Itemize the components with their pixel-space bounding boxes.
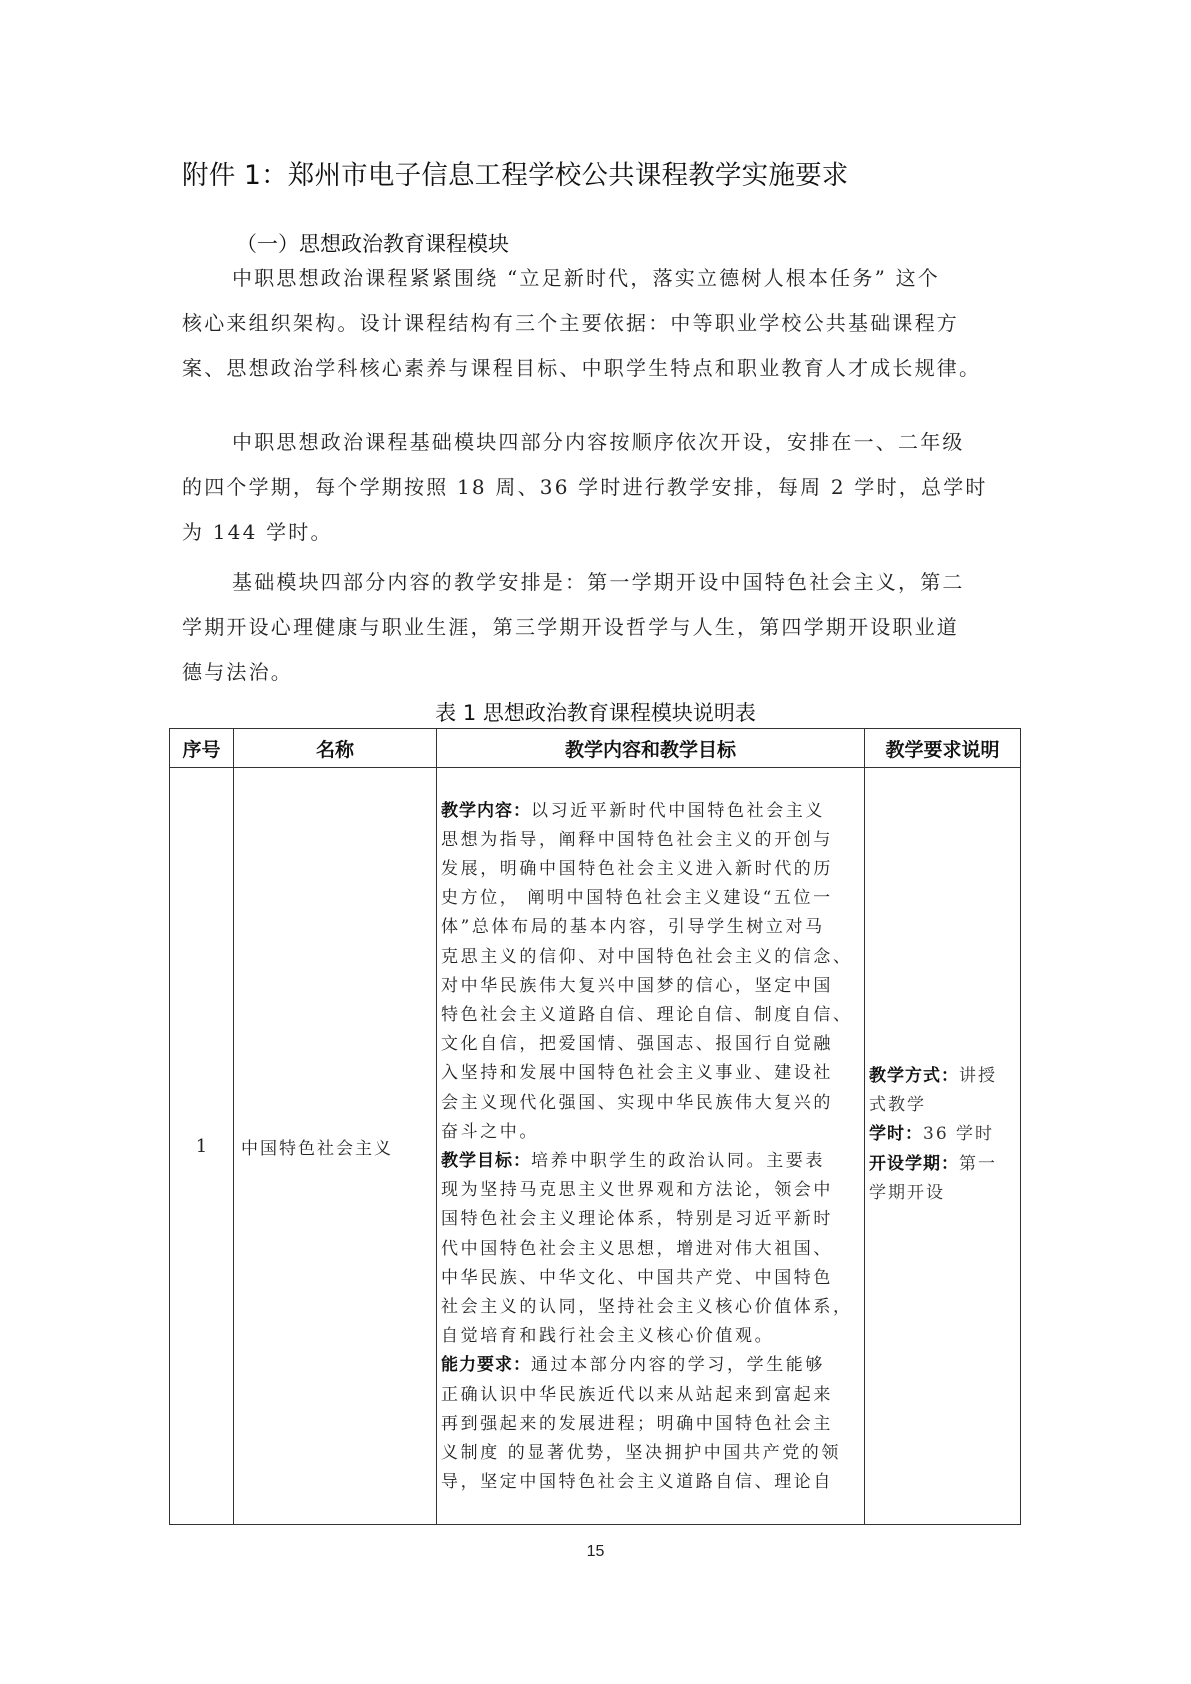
paragraph-line: 的四个学期，每个学期按照 18 周、36 学时进行教学安排，每周 2 学时，总学… bbox=[182, 465, 1020, 510]
content-and-goals-cell: 教学内容：以习近平新时代中国特色社会主义 思想为指导，阐释中国特色社会主义的开创… bbox=[437, 768, 865, 1525]
header-requirements: 教学要求说明 bbox=[865, 729, 1021, 768]
term-value: 第一 bbox=[959, 1154, 997, 1174]
content-line: 特色社会主义道路自信、理论自信、制度自信、 bbox=[441, 1001, 860, 1030]
content-line: 对中华民族伟大复兴中国梦的信心，坚定中国 bbox=[441, 972, 860, 1001]
table-header-row: 序号 名称 教学内容和教学目标 教学要求说明 bbox=[170, 729, 1021, 768]
page-number: 15 bbox=[0, 1543, 1191, 1561]
content-line: 史方位， 阐明中国特色社会主义建设“五位一 bbox=[441, 884, 860, 913]
ability-line: 义制度 的显著优势，坚决拥护中国共产党的领 bbox=[441, 1439, 860, 1468]
row-number: 1 bbox=[170, 768, 234, 1525]
goal-line: 自觉培育和践行社会主义核心价值观。 bbox=[441, 1322, 860, 1351]
goal-line: 中华民族、中华文化、中国共产党、中国特色 bbox=[441, 1264, 860, 1293]
paragraph-1: 中职思想政治课程紧紧围绕 “立足新时代，落实立德树人根本任务” 这个 核心来组织… bbox=[182, 256, 1020, 391]
paragraph-line: 德与法治。 bbox=[182, 650, 1020, 695]
hours-label: 学时： bbox=[869, 1124, 923, 1144]
table-caption: 表 1 思想政治教育课程模块说明表 bbox=[0, 697, 1191, 727]
paragraph-line: 案、思想政治学科核心素养与课程目标、中职学生特点和职业教育人才成长规律。 bbox=[182, 346, 1020, 391]
content-line: 发展，明确中国特色社会主义进入新时代的历 bbox=[441, 855, 860, 884]
goal-line: 代中国特色社会主义思想，增进对伟大祖国、 bbox=[441, 1235, 860, 1264]
method-value-cont: 式教学 bbox=[869, 1091, 1016, 1120]
content-line: 以习近平新时代中国特色社会主义 bbox=[531, 801, 825, 821]
teaching-content-label: 教学内容： bbox=[441, 801, 531, 821]
content-line: 克思主义的信仰、对中国特色社会主义的信念、 bbox=[441, 943, 860, 972]
paragraph-line: 为 144 学时。 bbox=[182, 510, 1020, 555]
header-no: 序号 bbox=[170, 729, 234, 768]
paragraph-line: 基础模块四部分内容的教学安排是：第一学期开设中国特色社会主义，第二 bbox=[182, 560, 1020, 605]
paragraph-2: 中职思想政治课程基础模块四部分内容按顺序依次开设，安排在一、二年级 的四个学期，… bbox=[182, 420, 1020, 555]
term-label: 开设学期： bbox=[869, 1154, 959, 1174]
ability-line: 再到强起来的发展进程；明确中国特色社会主 bbox=[441, 1410, 860, 1439]
content-line: 体”总体布局的基本内容，引导学生树立对马 bbox=[441, 913, 860, 942]
goal-line: 社会主义的认同，坚持社会主义核心价值体系， bbox=[441, 1293, 860, 1322]
content-line: 会主义现代化强国、实现中华民族伟大复兴的 bbox=[441, 1089, 860, 1118]
ability-line: 导，坚定中国特色社会主义道路自信、理论自 bbox=[441, 1468, 860, 1497]
hours-value: 36 学时 bbox=[923, 1124, 994, 1144]
paragraph-line: 学期开设心理健康与职业生涯，第三学期开设哲学与人生，第四学期开设职业道 bbox=[182, 605, 1020, 650]
course-module-table: 序号 名称 教学内容和教学目标 教学要求说明 1 中国特色社会主义 教学内容：以… bbox=[169, 728, 1021, 1525]
document-title: 附件 1：郑州市电子信息工程学校公共课程教学实施要求 bbox=[182, 153, 848, 192]
document-page: 附件 1：郑州市电子信息工程学校公共课程教学实施要求 （一）思想政治教育课程模块… bbox=[0, 0, 1191, 1684]
term-value-cont: 学期开设 bbox=[869, 1179, 1016, 1208]
header-name: 名称 bbox=[234, 729, 437, 768]
module-name: 中国特色社会主义 bbox=[234, 768, 437, 1525]
paragraph-line: 中职思想政治课程基础模块四部分内容按顺序依次开设，安排在一、二年级 bbox=[182, 420, 1020, 465]
ability-line: 通过本部分内容的学习，学生能够 bbox=[531, 1355, 825, 1375]
table-row: 1 中国特色社会主义 教学内容：以习近平新时代中国特色社会主义 思想为指导，阐释… bbox=[170, 768, 1021, 1525]
content-line: 入坚持和发展中国特色社会主义事业、建设社 bbox=[441, 1059, 860, 1088]
section-title: （一）思想政治教育课程模块 bbox=[236, 228, 509, 258]
content-line: 文化自信，把爱国情、强国志、报国行自觉融 bbox=[441, 1030, 860, 1059]
paragraph-3: 基础模块四部分内容的教学安排是：第一学期开设中国特色社会主义，第二 学期开设心理… bbox=[182, 560, 1020, 695]
header-content: 教学内容和教学目标 bbox=[437, 729, 865, 768]
paragraph-line: 核心来组织架构。设计课程结构有三个主要依据：中等职业学校公共基础课程方 bbox=[182, 301, 1020, 346]
goal-line: 国特色社会主义理论体系，特别是习近平新时 bbox=[441, 1205, 860, 1234]
paragraph-line: 中职思想政治课程紧紧围绕 “立足新时代，落实立德树人根本任务” 这个 bbox=[182, 256, 1020, 301]
goal-line: 培养中职学生的政治认同。主要表 bbox=[531, 1151, 825, 1171]
content-line: 思想为指导，阐释中国特色社会主义的开创与 bbox=[441, 826, 860, 855]
ability-label: 能力要求： bbox=[441, 1355, 531, 1375]
ability-line: 正确认识中华民族近代以来从站起来到富起来 bbox=[441, 1381, 860, 1410]
goal-line: 现为坚持马克思主义世界观和方法论，领会中 bbox=[441, 1176, 860, 1205]
content-line: 奋斗之中。 bbox=[441, 1118, 860, 1147]
teaching-goal-label: 教学目标： bbox=[441, 1151, 531, 1171]
method-value: 讲授 bbox=[959, 1066, 997, 1086]
requirements-cell: 教学方式：讲授 式教学 学时：36 学时 开设学期：第一 学期开设 bbox=[865, 768, 1021, 1525]
method-label: 教学方式： bbox=[869, 1066, 959, 1086]
